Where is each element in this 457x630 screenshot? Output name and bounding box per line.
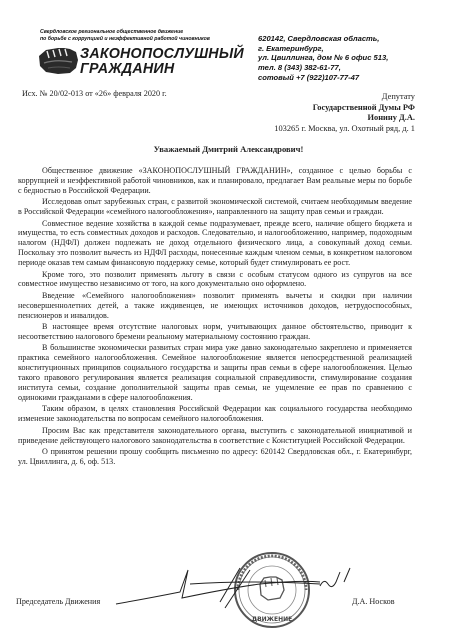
- paragraph: Просим Вас как представителя законодател…: [18, 426, 412, 446]
- paragraph: Кроме того, это позволит применять льгот…: [18, 270, 412, 290]
- contact-street: ул. Цвиллинга, дом № 6 офис 513,: [258, 53, 388, 63]
- paragraph: Таким образом, в целях становления Росси…: [18, 404, 412, 424]
- handwritten-signature: [110, 562, 370, 622]
- org-subtitle-line-2: по борьбе с коррупцией и неэффективной р…: [40, 36, 210, 43]
- contact-phone: тел. 8 (343) 382-61-77,: [258, 63, 388, 73]
- signatory-name: Д.А. Носков: [352, 597, 395, 606]
- recipient-address: 103265 г. Москва, ул. Охотный ряд, д. 1: [274, 124, 415, 135]
- paragraph: В большинстве экономически развитых стра…: [18, 343, 412, 402]
- outgoing-reference: Исх. № 20/02-013 от «26» февраля 2020 г.: [22, 89, 167, 98]
- paragraph: Общественное движение «ЗАКОНОПОСЛУШНЫЙ Г…: [18, 166, 412, 196]
- paragraph: Введение «Семейного налогообложения» поз…: [18, 291, 412, 321]
- greeting: Уважаемый Дмитрий Александрович!: [0, 144, 457, 154]
- org-name-line-2: ГРАЖДАНИН: [80, 62, 244, 77]
- org-name: ЗАКОНОПОСЛУШНЫЙ ГРАЖДАНИН: [80, 47, 244, 76]
- org-subtitle: Свердловское региональное общественное д…: [40, 29, 210, 42]
- recipient-name: Ионину Д.А.: [274, 113, 415, 124]
- recipient-block: Депутату Государственной Думы РФ Ионину …: [274, 92, 415, 134]
- org-name-line-1: ЗАКОНОПОСЛУШНЫЙ: [80, 47, 244, 62]
- recipient-position: Депутату: [274, 92, 415, 103]
- recipient-body: Государственной Думы РФ: [274, 103, 415, 114]
- paragraph: О принятом решении прошу сообщить письме…: [18, 447, 412, 467]
- contact-mobile: сотовый +7 (922)107-77-47: [258, 73, 388, 83]
- paragraph: Исследовав опыт зарубежных стран, с разв…: [18, 197, 412, 217]
- letter-body: Общественное движение «ЗАКОНОПОСЛУШНЫЙ Г…: [18, 166, 412, 468]
- paragraph: В настоящее время отсутствие налоговых н…: [18, 322, 412, 342]
- signatory-title: Председатель Движения: [16, 597, 100, 606]
- paragraph: Совместное ведение хозяйства в каждой се…: [18, 219, 412, 269]
- org-contacts: 620142, Свердловская область, г. Екатери…: [258, 34, 388, 83]
- org-subtitle-line-1: Свердловское региональное общественное д…: [40, 29, 210, 36]
- contact-city: г. Екатеринбург,: [258, 44, 388, 54]
- fist-icon: [36, 44, 80, 76]
- contact-postal: 620142, Свердловская область,: [258, 34, 388, 44]
